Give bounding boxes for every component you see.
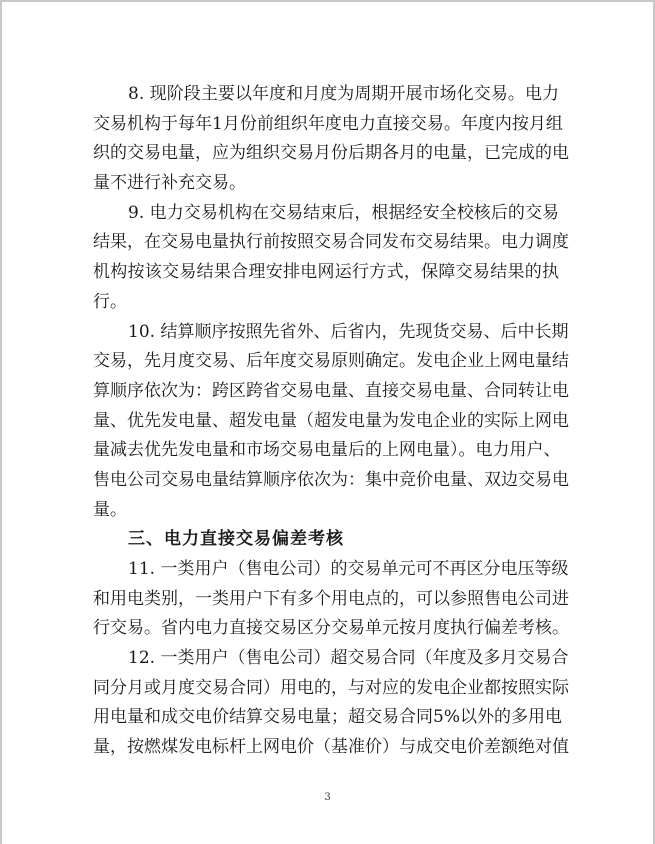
paragraph-line: 8. 现阶段主要以年度和月度为周期开展市场化交易。电力 xyxy=(93,80,559,110)
paragraph-line: 机构按该交易结果合理安排电网运行方式，保障交易结果的执 xyxy=(93,258,559,288)
paragraph-line: 售电公司交易电量结算顺序依次为：集中竞价电量、双边交易电 xyxy=(93,466,559,496)
paragraph-line: 12. 一类用户（售电公司）超交易合同（年度及多月交易合 xyxy=(93,644,559,674)
paragraph-9: 9. 电力交易机构在交易结束后，根据经安全校核后的交易 结果，在交易电量执行前按… xyxy=(93,199,559,318)
paragraph-line: 9. 电力交易机构在交易结束后，根据经安全校核后的交易 xyxy=(93,199,559,229)
paragraph-line: 交易机构于每年1月份前组织年度电力直接交易。年度内按月组 xyxy=(93,110,559,140)
paragraph-line: 量减去优先发电量和市场交易电量后的上网电量）。电力用户、 xyxy=(93,436,559,466)
paragraph-line: 结果，在交易电量执行前按照交易合同发布交易结果。电力调度 xyxy=(93,228,559,258)
document-page: 8. 现阶段主要以年度和月度为周期开展市场化交易。电力 交易机构于每年1月份前组… xyxy=(93,80,559,763)
paragraph-line: 量。 xyxy=(93,496,559,526)
page-number: 3 xyxy=(0,792,655,803)
paragraph-line: 11. 一类用户（售电公司）的交易单元可不再区分电压等级 xyxy=(93,555,559,585)
page-border-left xyxy=(0,0,2,844)
paragraph-line: 量不进行补充交易。 xyxy=(93,169,559,199)
paragraph-line: 10. 结算顺序按照先省外、后省内，先现货交易、后中长期 xyxy=(93,318,559,348)
paragraph-line: 和用电类别，一类用户下有多个用电点的，可以参照售电公司进 xyxy=(93,585,559,615)
paragraph-11: 11. 一类用户（售电公司）的交易单元可不再区分电压等级 和用电类别，一类用户下… xyxy=(93,555,559,644)
paragraph-line: 用电量和成交电价结算交易电量；超交易合同5%以外的多用电 xyxy=(93,703,559,733)
paragraph-line: 交易，先月度交易、后年度交易原则确定。发电企业上网电量结 xyxy=(93,347,559,377)
section-heading: 三、电力直接交易偏差考核 xyxy=(93,525,559,555)
paragraph-line: 行。 xyxy=(93,288,559,318)
page-border-top xyxy=(0,0,655,2)
paragraph-12: 12. 一类用户（售电公司）超交易合同（年度及多月交易合 同分月或月度交易合同）… xyxy=(93,644,559,763)
paragraph-line: 行交易。省内电力直接交易区分交易单元按月度执行偏差考核。 xyxy=(93,614,559,644)
paragraph-line: 算顺序依次为：跨区跨省交易电量、直接交易电量、合同转让电 xyxy=(93,377,559,407)
paragraph-line: 量、优先发电量、超发电量（超发电量为发电企业的实际上网电 xyxy=(93,407,559,437)
paragraph-line: 织的交易电量，应为组织交易月份后期各月的电量，已完成的电 xyxy=(93,139,559,169)
paragraph-line: 量，按燃煤发电标杆上网电价（基准价）与成交电价差额绝对值 xyxy=(93,733,559,763)
paragraph-8: 8. 现阶段主要以年度和月度为周期开展市场化交易。电力 交易机构于每年1月份前组… xyxy=(93,80,559,199)
paragraph-10: 10. 结算顺序按照先省外、后省内，先现货交易、后中长期 交易，先月度交易、后年… xyxy=(93,318,559,526)
paragraph-line: 同分月或月度交易合同）用电的，与对应的发电企业都按照实际 xyxy=(93,674,559,704)
